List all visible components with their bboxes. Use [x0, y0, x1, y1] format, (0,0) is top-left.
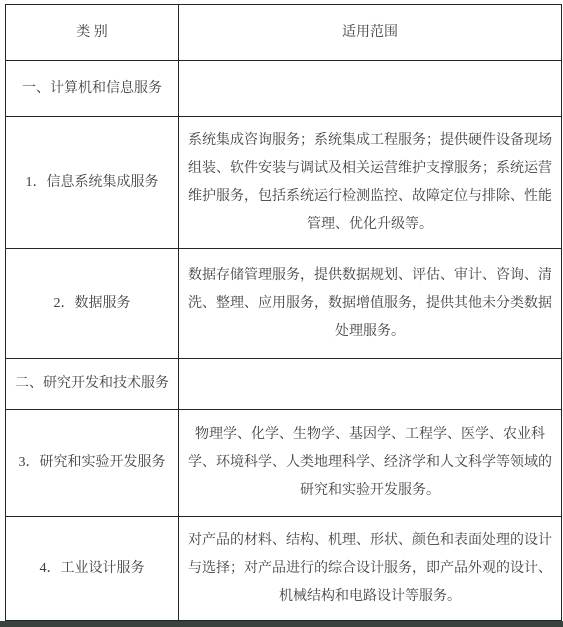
table-row-industrial-design: 4．工业设计服务 对产品的材料、结构、机理、形状、颜色和表面处理的设计与选择；对…	[6, 517, 562, 621]
service-category-table: 类 别 适用范围 一、计算机和信息服务 1．信息系统集成服务 系统集成咨询服务；…	[5, 4, 562, 621]
scope-cell: 物理学、化学、生物学、基因学、工程学、医学、农业科学、环境科学、人类地理科学、经…	[179, 410, 562, 517]
header-category: 类 别	[6, 5, 179, 61]
category-cell: 二、研究开发和技术服务	[6, 359, 179, 410]
header-scope: 适用范围	[179, 5, 562, 61]
scope-cell: 数据存储管理服务，提供数据规划、评估、审计、咨询、清洗、整理、应用服务，数据增值…	[179, 249, 562, 359]
category-cell: 1．信息系统集成服务	[6, 117, 179, 249]
table-row-info-system-integration: 1．信息系统集成服务 系统集成咨询服务；系统集成工程服务；提供硬件设备现场组装、…	[6, 117, 562, 249]
table-row-data-services: 2．数据服务 数据存储管理服务，提供数据规划、评估、审计、咨询、清洗、整理、应用…	[6, 249, 562, 359]
category-cell: 4．工业设计服务	[6, 517, 179, 621]
bottom-edge-bar	[0, 621, 563, 627]
category-cell: 2．数据服务	[6, 249, 179, 359]
scope-cell: 系统集成咨询服务；系统集成工程服务；提供硬件设备现场组装、软件安装与调试及相关运…	[179, 117, 562, 249]
category-cell: 3．研究和实验开发服务	[6, 410, 179, 517]
table-row-research-experimental-development: 3．研究和实验开发服务 物理学、化学、生物学、基因学、工程学、医学、农业科学、环…	[6, 410, 562, 517]
scope-cell	[179, 61, 562, 117]
table-row-section-computer-info-services: 一、计算机和信息服务	[6, 61, 562, 117]
table-row-section-rd-technical-services: 二、研究开发和技术服务	[6, 359, 562, 410]
scope-cell	[179, 359, 562, 410]
category-cell: 一、计算机和信息服务	[6, 61, 179, 117]
scope-cell: 对产品的材料、结构、机理、形状、颜色和表面处理的设计与选择；对产品进行的综合设计…	[179, 517, 562, 621]
table-header-row: 类 别 适用范围	[6, 5, 562, 61]
